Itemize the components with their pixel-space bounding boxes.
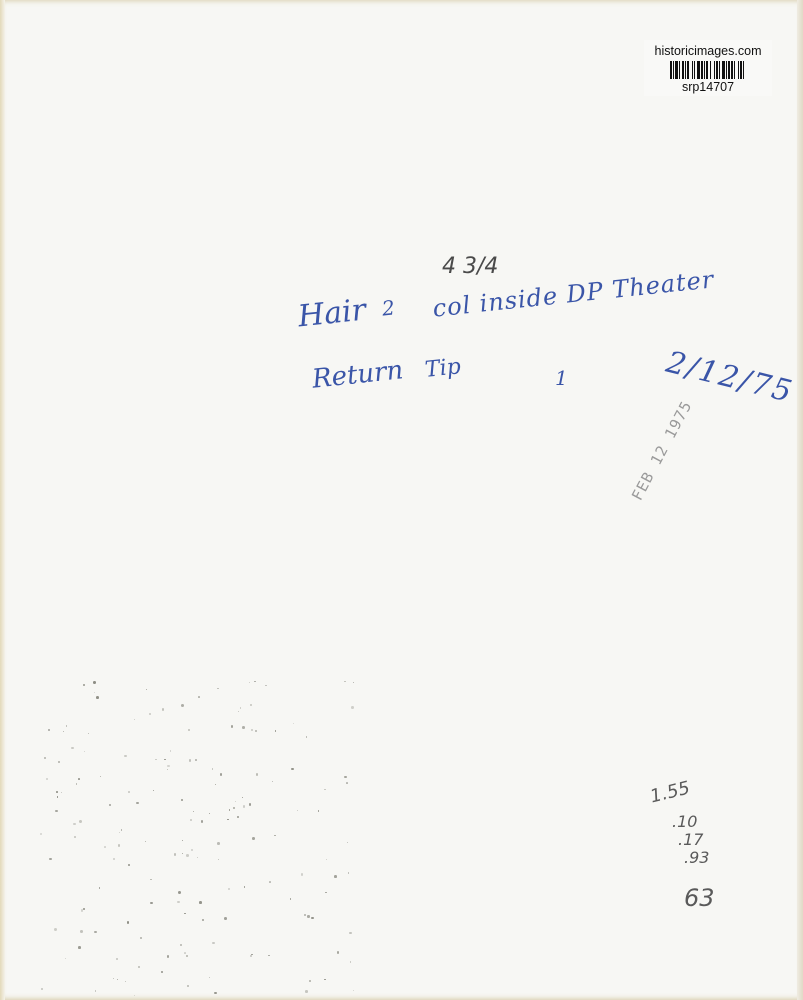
handwriting-tip: Tip: [424, 354, 462, 383]
archive-label: historicimages.com srp14707: [644, 40, 772, 96]
pencil-note-5: 63: [684, 884, 715, 912]
handwriting-return: Return: [311, 355, 405, 394]
label-site-text: historicimages.com: [644, 44, 772, 58]
label-code-text: srp14707: [644, 80, 772, 94]
paper-right-edge: [797, 0, 803, 1000]
date-stamp: FEB 12 1975: [628, 398, 696, 504]
handwriting-num-2: 2: [381, 295, 396, 320]
pencil-note-2: .10: [672, 812, 697, 831]
pencil-note-1: 1.55: [648, 777, 692, 807]
pencil-size-note: 4 3/4: [442, 254, 498, 279]
barcode-icon: [649, 61, 767, 79]
photo-back-page: historicimages.com srp14707 Hair 2 4 3/4…: [0, 0, 803, 1000]
pencil-note-4: .93: [684, 848, 709, 867]
handwriting-num-1: 1: [555, 366, 568, 390]
pencil-note-3: .17: [678, 830, 703, 849]
paper-left-edge: [0, 0, 5, 1000]
handwriting-hair: Hair: [296, 293, 367, 335]
